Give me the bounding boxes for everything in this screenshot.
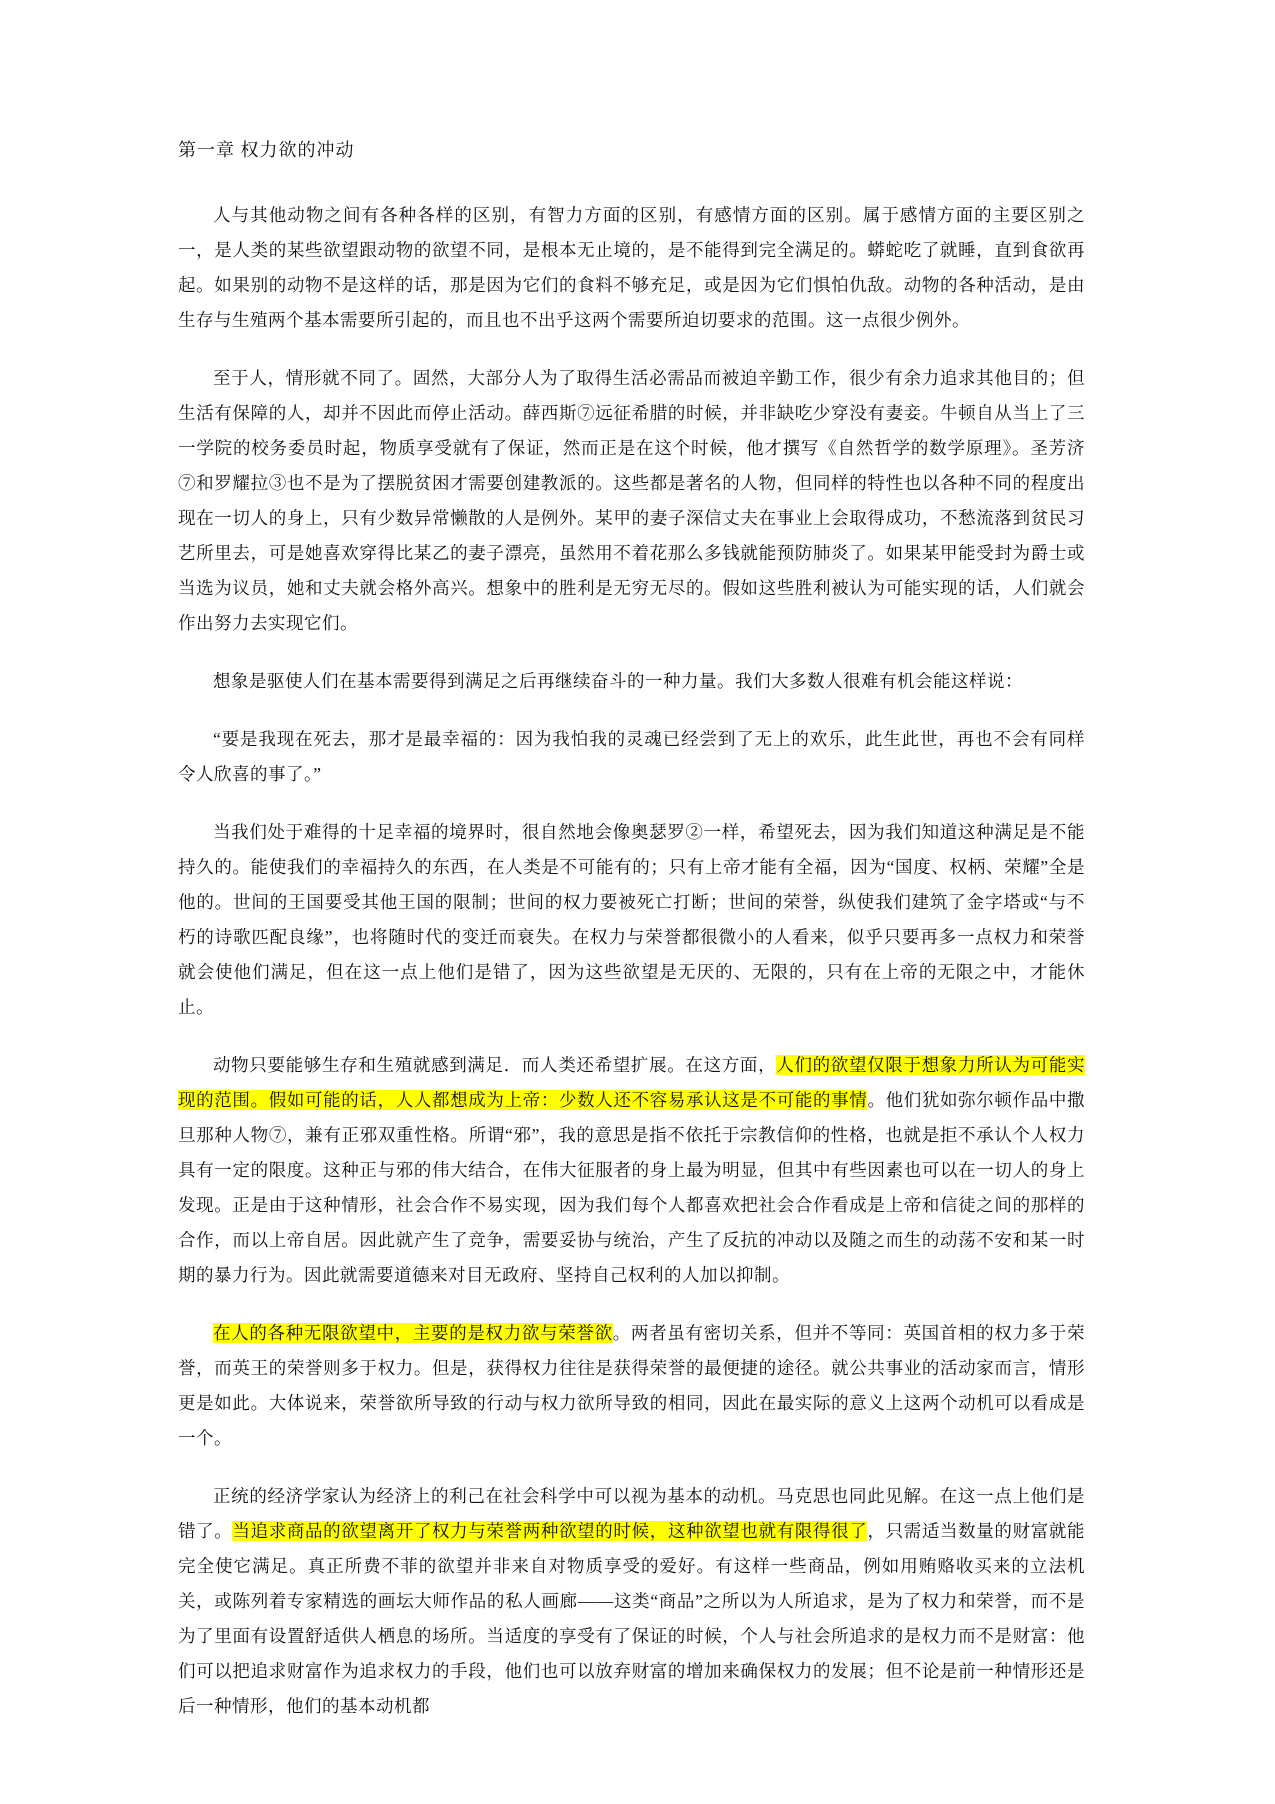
text-segment: 想象是驱使人们在基本需要得到满足之后再继续奋斗的一种力量。我们大多数人很难有机会… [213,671,1023,691]
text-segment: 动物只要能够生存和生殖就感到满足．而人类还希望扩展。在这方面， [213,1055,776,1075]
paragraph: “要是我现在死去，那才是最幸福的：因为我怕我的灵魂已经尝到了无上的欢乐，此生此世… [178,722,1085,792]
paragraph: 在人的各种无限欲望中，主要的是权力欲与荣誉欲。两者虽有密切关系，但并不等同：英国… [178,1316,1085,1456]
paragraph: 动物只要能够生存和生殖就感到满足．而人类还希望扩展。在这方面，人们的欲望仅限于想… [178,1048,1085,1293]
paragraph: 人与其他动物之间有各种各样的区别，有智力方面的区别，有感情方面的区别。属于感情方… [178,198,1085,338]
paragraph: 正统的经济学家认为经济上的利己在社会科学中可以视为基本的动机。马克思也同此见解。… [178,1479,1085,1724]
highlighted-text: 当追求商品的欲望离开了权力与荣誉两种欲望的时候，这种欲望也就有限得很了 [232,1521,867,1541]
document-page: 第一章 权力欲的冲动 人与其他动物之间有各种各样的区别，有智力方面的区别，有感情… [0,0,1275,1804]
paragraphs-container: 人与其他动物之间有各种各样的区别，有智力方面的区别，有感情方面的区别。属于感情方… [178,198,1085,1724]
highlighted-text: 在人的各种无限欲望中，主要的是权力欲与荣誉欲 [213,1323,613,1343]
paragraph: 至于人，情形就不同了。固然，大部分人为了取得生活必需品而被迫辛勤工作，很少有余力… [178,361,1085,641]
text-segment: 。他们犹如弥尔顿作品中撒旦那种人物⑦，兼有正邪双重性格。所谓“邪”，我的意思是指… [178,1090,1085,1285]
chapter-title: 第一章 权力欲的冲动 [178,133,1085,168]
paragraph: 想象是驱使人们在基本需要得到满足之后再继续奋斗的一种力量。我们大多数人很难有机会… [178,664,1085,699]
text-segment: 当我们处于难得的十足幸福的境界时，很自然地会像奥瑟罗②一样，希望死去，因为我们知… [178,822,1085,1017]
text-segment: ，只需适当数量的财富就能完全使它满足。真正所费不菲的欲望并非来自对物质享受的爱好… [178,1521,1085,1716]
text-segment: 至于人，情形就不同了。固然，大部分人为了取得生活必需品而被迫辛勤工作，很少有余力… [178,368,1085,633]
text-segment: 人与其他动物之间有各种各样的区别，有智力方面的区别，有感情方面的区别。属于感情方… [178,205,1085,330]
text-segment: “要是我现在死去，那才是最幸福的：因为我怕我的灵魂已经尝到了无上的欢乐，此生此世… [178,729,1085,784]
paragraph: 当我们处于难得的十足幸福的境界时，很自然地会像奥瑟罗②一样，希望死去，因为我们知… [178,815,1085,1025]
